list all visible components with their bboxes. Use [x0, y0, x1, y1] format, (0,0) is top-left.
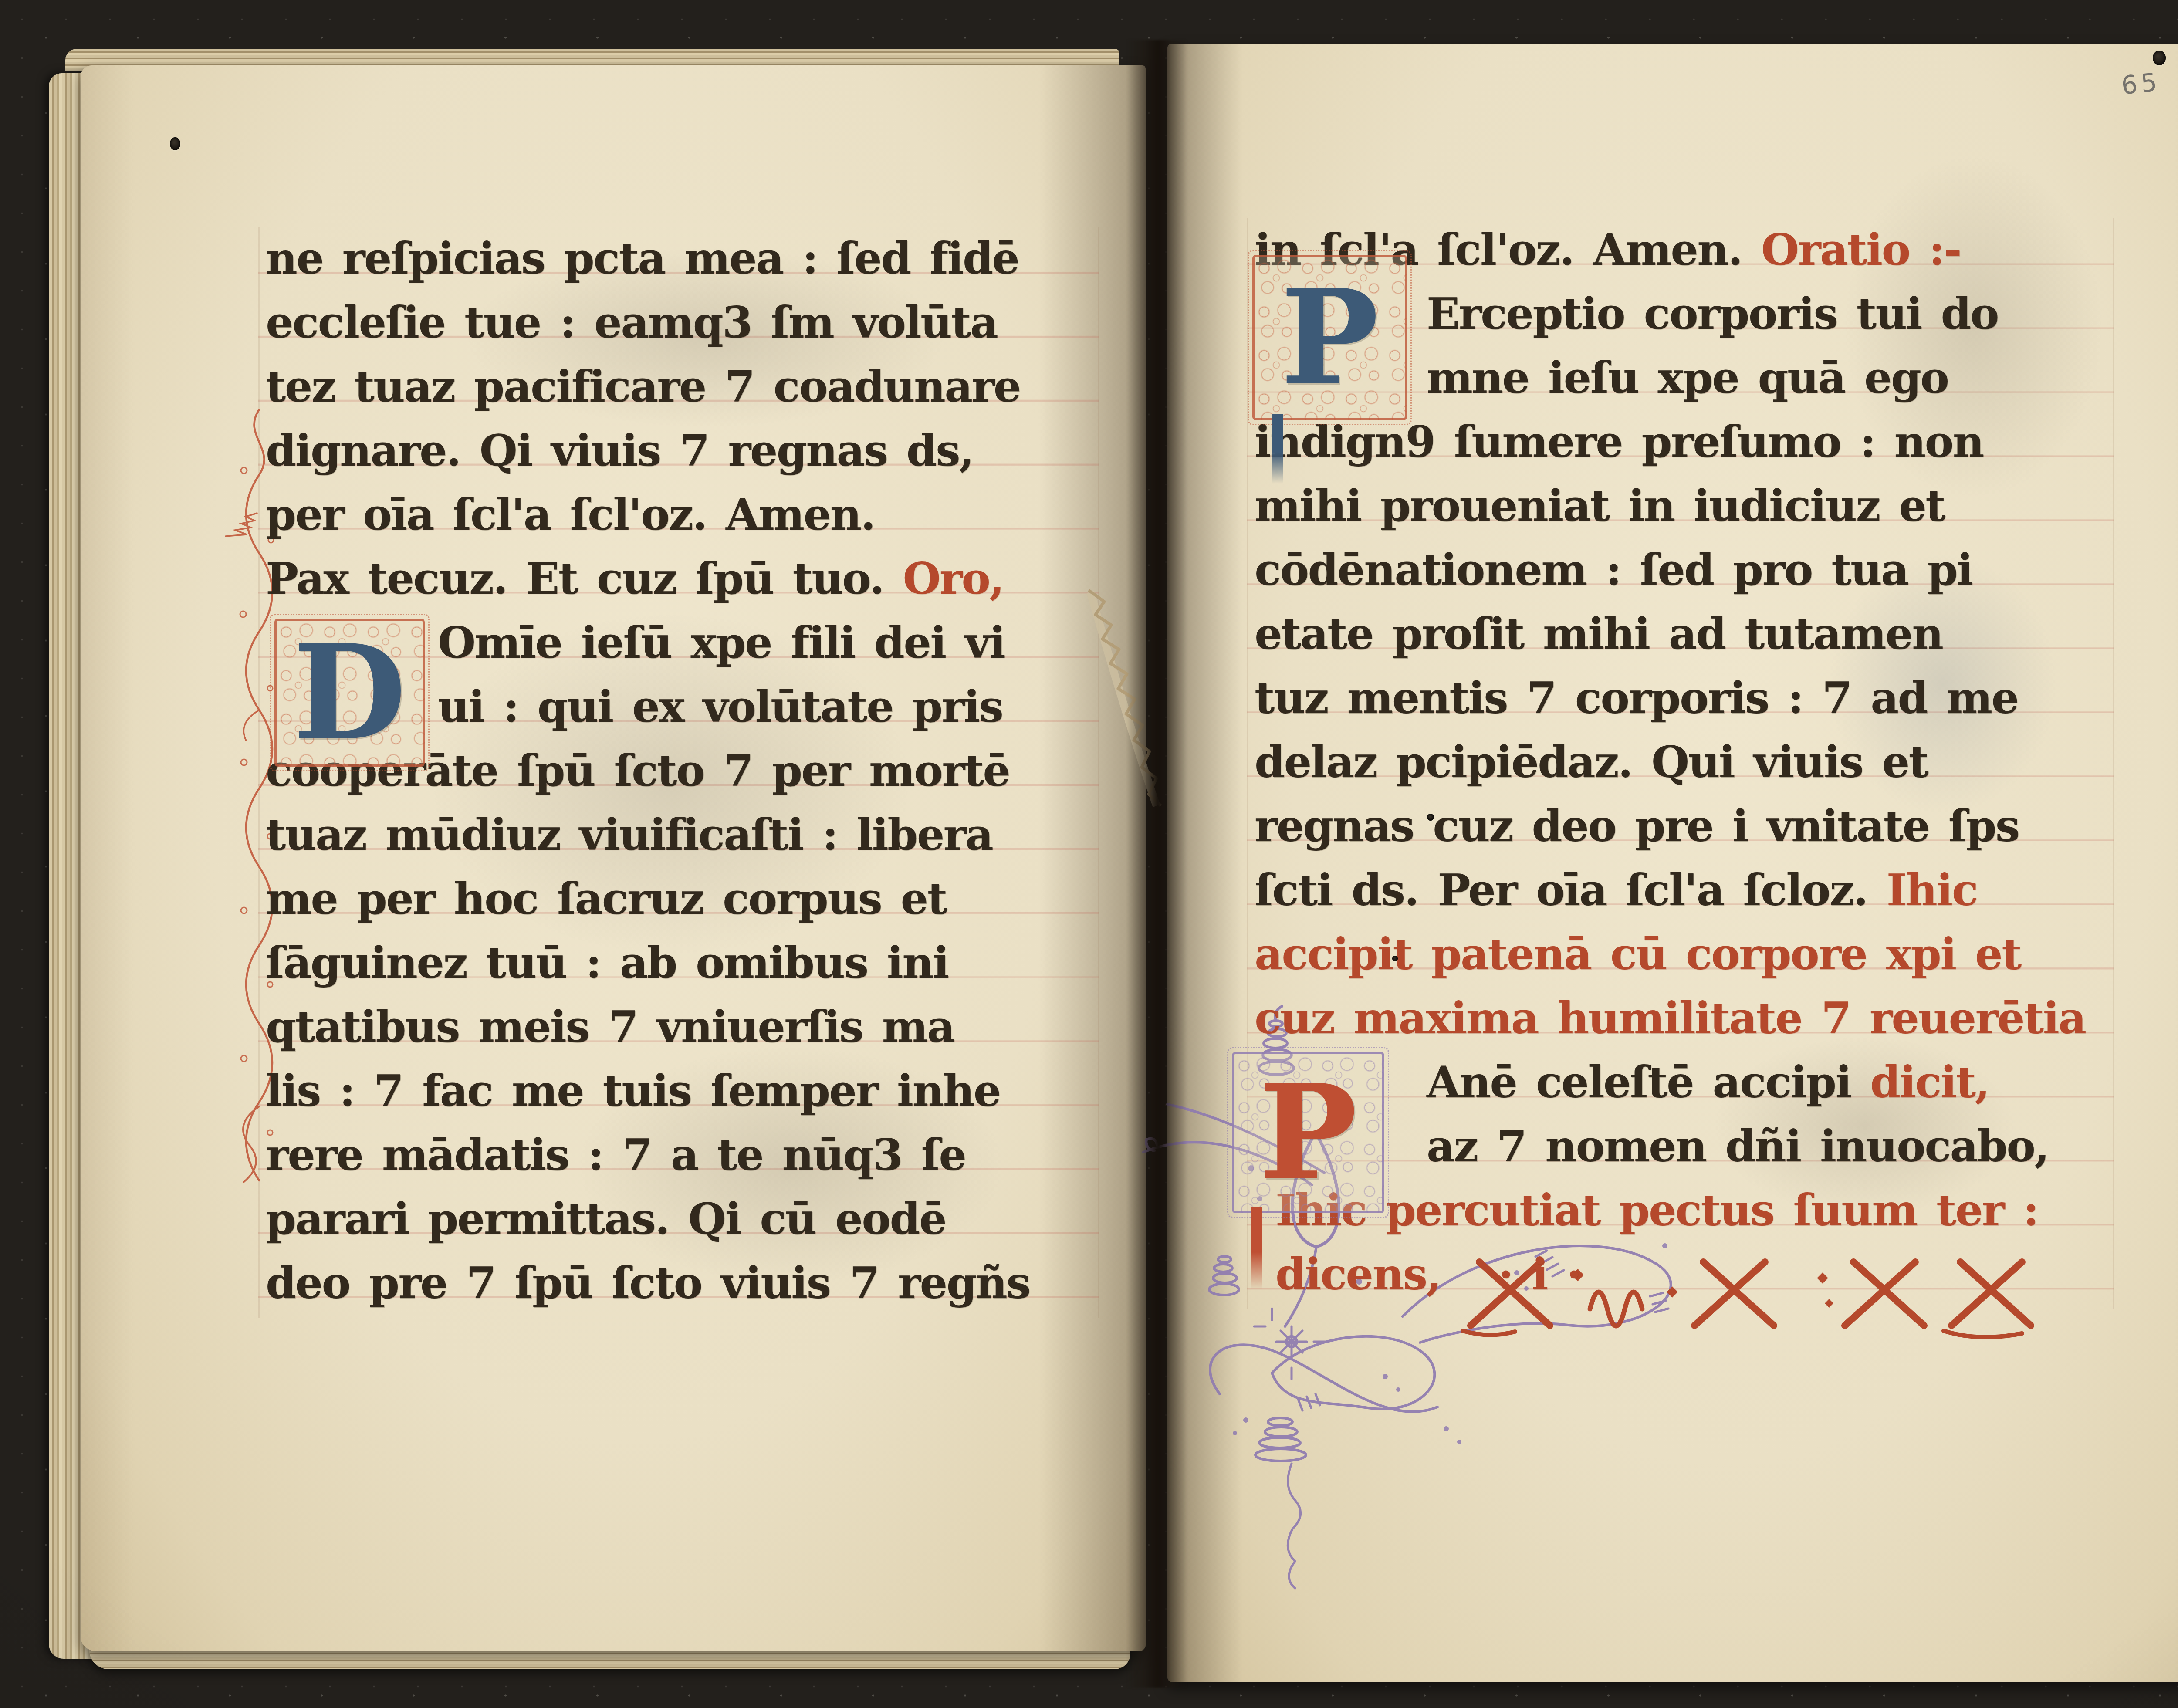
text-line: deo pre 7 ſpū ſcto viuis 7 regñs	[266, 1251, 1030, 1315]
text-segment-ink: me per hoc ſacruz corpus et	[266, 873, 946, 924]
text-segment-ink: ſcti ds. Per oīa ſcl'a ſcloz.	[1255, 864, 1887, 916]
right-page: in ſcl'a ſcl'oz. Amen. Oratio :-Erceptio…	[1167, 44, 2178, 1682]
text-line: accipit patenā cū corpore xpi et	[1255, 922, 2085, 986]
text-segment-ink: tez tuaz pacificare 7 coadunare	[266, 361, 1020, 412]
text-line: lis : 7 fac me tuis ſemper inhe	[266, 1059, 1030, 1123]
text-segment-ink: mihi proueniat in iudiciuz et	[1255, 480, 1945, 531]
illuminated-initial-p-panem: P	[1232, 1052, 1384, 1213]
text-segment-ink: deo pre 7 ſpū ſcto viuis 7 regñs	[266, 1257, 1030, 1309]
text-line: Pax tecuz. Et cuz ſpū tuo. Oro,	[266, 547, 1030, 611]
text-segment-ink: ſāguinez tuū : ab omibus ini	[266, 937, 948, 988]
left-text-block: ne reſpicias pcta mea : ſed fidēeccleſie…	[266, 227, 1030, 1315]
text-line: az 7 nomen dñi inuocabo,	[1427, 1114, 2085, 1178]
text-line: me per hoc ſacruz corpus et	[266, 867, 1030, 931]
text-segment-ink: Omīe ieſū xpe fili dei vi	[438, 617, 1004, 668]
text-segment-rubric: dicit,	[1870, 1056, 1989, 1108]
text-line: cōdēnationem : ſed pro tua pi	[1255, 538, 2085, 602]
text-line: Ihic percutiat pectus ſuum ter :	[1275, 1178, 2085, 1242]
text-line: dignare. Qi viuis 7 regnas ds,	[266, 419, 1030, 483]
text-line: mihi proueniat in iudiciuz et	[1255, 474, 2085, 538]
text-line: ui : qui ex volūtate pris	[438, 675, 1030, 739]
text-line: rere mādatis : 7 a te nūq3 ſe	[266, 1123, 1030, 1187]
text-segment-ink: ne reſpicias pcta mea : ſed fidē	[266, 233, 1018, 284]
text-segment-ink: az 7 nomen dñi inuocabo,	[1427, 1120, 2049, 1172]
text-segment-ink: per oīa ſcl'a ſcl'oz. Amen.	[266, 489, 875, 540]
text-line: mne ieſu xpe quā ego	[1427, 346, 2085, 410]
text-segment-ink: tuz mentis 7 corporis : 7 ad me	[1255, 672, 2018, 724]
text-segment-ink: rere mādatis : 7 a te nūq3 ſe	[266, 1129, 965, 1180]
gutter-shadow	[1126, 40, 1187, 1688]
text-segment-ink: regnas cuz deo pre i vnitate ſps	[1255, 800, 2019, 852]
text-line: ſcti ds. Per oīa ſcl'a ſcloz. Ihic	[1255, 858, 2085, 922]
text-segment-ink: delaz pcipiēdaz. Qui viuis et	[1255, 736, 1928, 788]
wormhole	[1427, 814, 1434, 821]
text-line: ne reſpicias pcta mea : ſed fidē	[266, 227, 1030, 291]
text-line: per oīa ſcl'a ſcl'oz. Amen.	[266, 483, 1030, 547]
text-segment-ink: ui : qui ex volūtate pris	[438, 681, 1002, 732]
text-line: regnas cuz deo pre i vnitate ſps	[1255, 794, 2085, 858]
text-line: Omīe ieſū xpe fili dei vi	[438, 611, 1030, 675]
wormhole	[170, 137, 180, 150]
text-segment-ink: mne ieſu xpe quā ego	[1427, 352, 1948, 403]
wormhole	[2153, 51, 2166, 65]
text-segment-rubric: Oro,	[903, 553, 1003, 604]
text-line: delaz pcipiēdaz. Qui viuis et	[1255, 730, 2085, 794]
wormhole	[1392, 956, 1398, 961]
text-segment-ink: indign9 ſumere preſumo : non	[1255, 416, 1983, 467]
text-segment-rubric: Ihic percutiat pectus ſuum ter :	[1275, 1184, 2038, 1236]
text-line: ſāguinez tuū : ab omibus ini	[266, 931, 1030, 995]
initial-letter-p2: P	[1259, 1067, 1357, 1198]
text-segment-ink: etate proſit mihi ad tutamen	[1255, 608, 1942, 660]
folio-number: 65	[2120, 67, 2162, 100]
text-line: eccleſie tue : eamq3 ſm volūta	[266, 291, 1030, 355]
text-segment-rubric: dicens, · i ·	[1275, 1248, 1580, 1300]
text-line: parari permittas. Qi cū eodē	[266, 1187, 1030, 1251]
text-line: tuaz mūdiuz viuificaſti : libera	[266, 803, 1030, 867]
manuscript-book-spread: ne reſpicias pcta mea : ſed fidēeccleſie…	[0, 0, 2178, 1708]
text-segment-ink: lis : 7 fac me tuis ſemper inhe	[266, 1065, 1000, 1116]
illuminated-initial-d: D	[274, 619, 425, 767]
text-segment-ink: eccleſie tue : eamq3 ſm volūta	[266, 297, 997, 348]
text-segment-ink: dignare. Qi viuis 7 regnas ds,	[266, 425, 973, 476]
text-segment-ink: parari permittas. Qi cū eodē	[266, 1193, 946, 1245]
text-line: etate proſit mihi ad tutamen	[1255, 602, 2085, 666]
text-line: cuz maxima humilitate 7 reuerētia	[1255, 986, 2085, 1050]
text-segment-rubric: Ihic	[1887, 864, 1977, 916]
text-segment-rubric: Oratio :-	[1761, 224, 1961, 275]
text-segment-ink: Anē celeſtē accipi	[1427, 1056, 1870, 1108]
text-segment-ink: tuaz mūdiuz viuificaſti : libera	[266, 809, 992, 860]
initial-letter-p1: P	[1281, 272, 1379, 403]
text-segment-ink: Erceptio corporis tui do	[1427, 288, 1998, 339]
text-line: Erceptio corporis tui do	[1427, 282, 2085, 346]
text-segment-ink: Pax tecuz. Et cuz ſpū tuo.	[266, 553, 903, 604]
text-line: dicens, · i ·	[1275, 1242, 2085, 1306]
text-line: qtatibus meis 7 vniuerſis ma	[266, 995, 1030, 1059]
left-page: ne reſpicias pcta mea : ſed fidēeccleſie…	[81, 65, 1146, 1651]
text-segment-ink: qtatibus meis 7 vniuerſis ma	[266, 1001, 954, 1052]
text-line: tuz mentis 7 corporis : 7 ad me	[1255, 666, 2085, 730]
initial-letter-d: D	[293, 627, 406, 758]
illuminated-initial-p-perceptio: P	[1252, 255, 1407, 420]
text-segment-ink: cōdēnationem : ſed pro tua pi	[1255, 544, 1972, 595]
text-line: Anē celeſtē accipi dicit,	[1427, 1050, 2085, 1114]
text-segment-rubric: cuz maxima humilitate 7 reuerētia	[1255, 992, 2085, 1044]
text-segment-rubric: accipit patenā cū corpore xpi et	[1255, 928, 2021, 980]
text-line: tez tuaz pacificare 7 coadunare	[266, 355, 1030, 419]
